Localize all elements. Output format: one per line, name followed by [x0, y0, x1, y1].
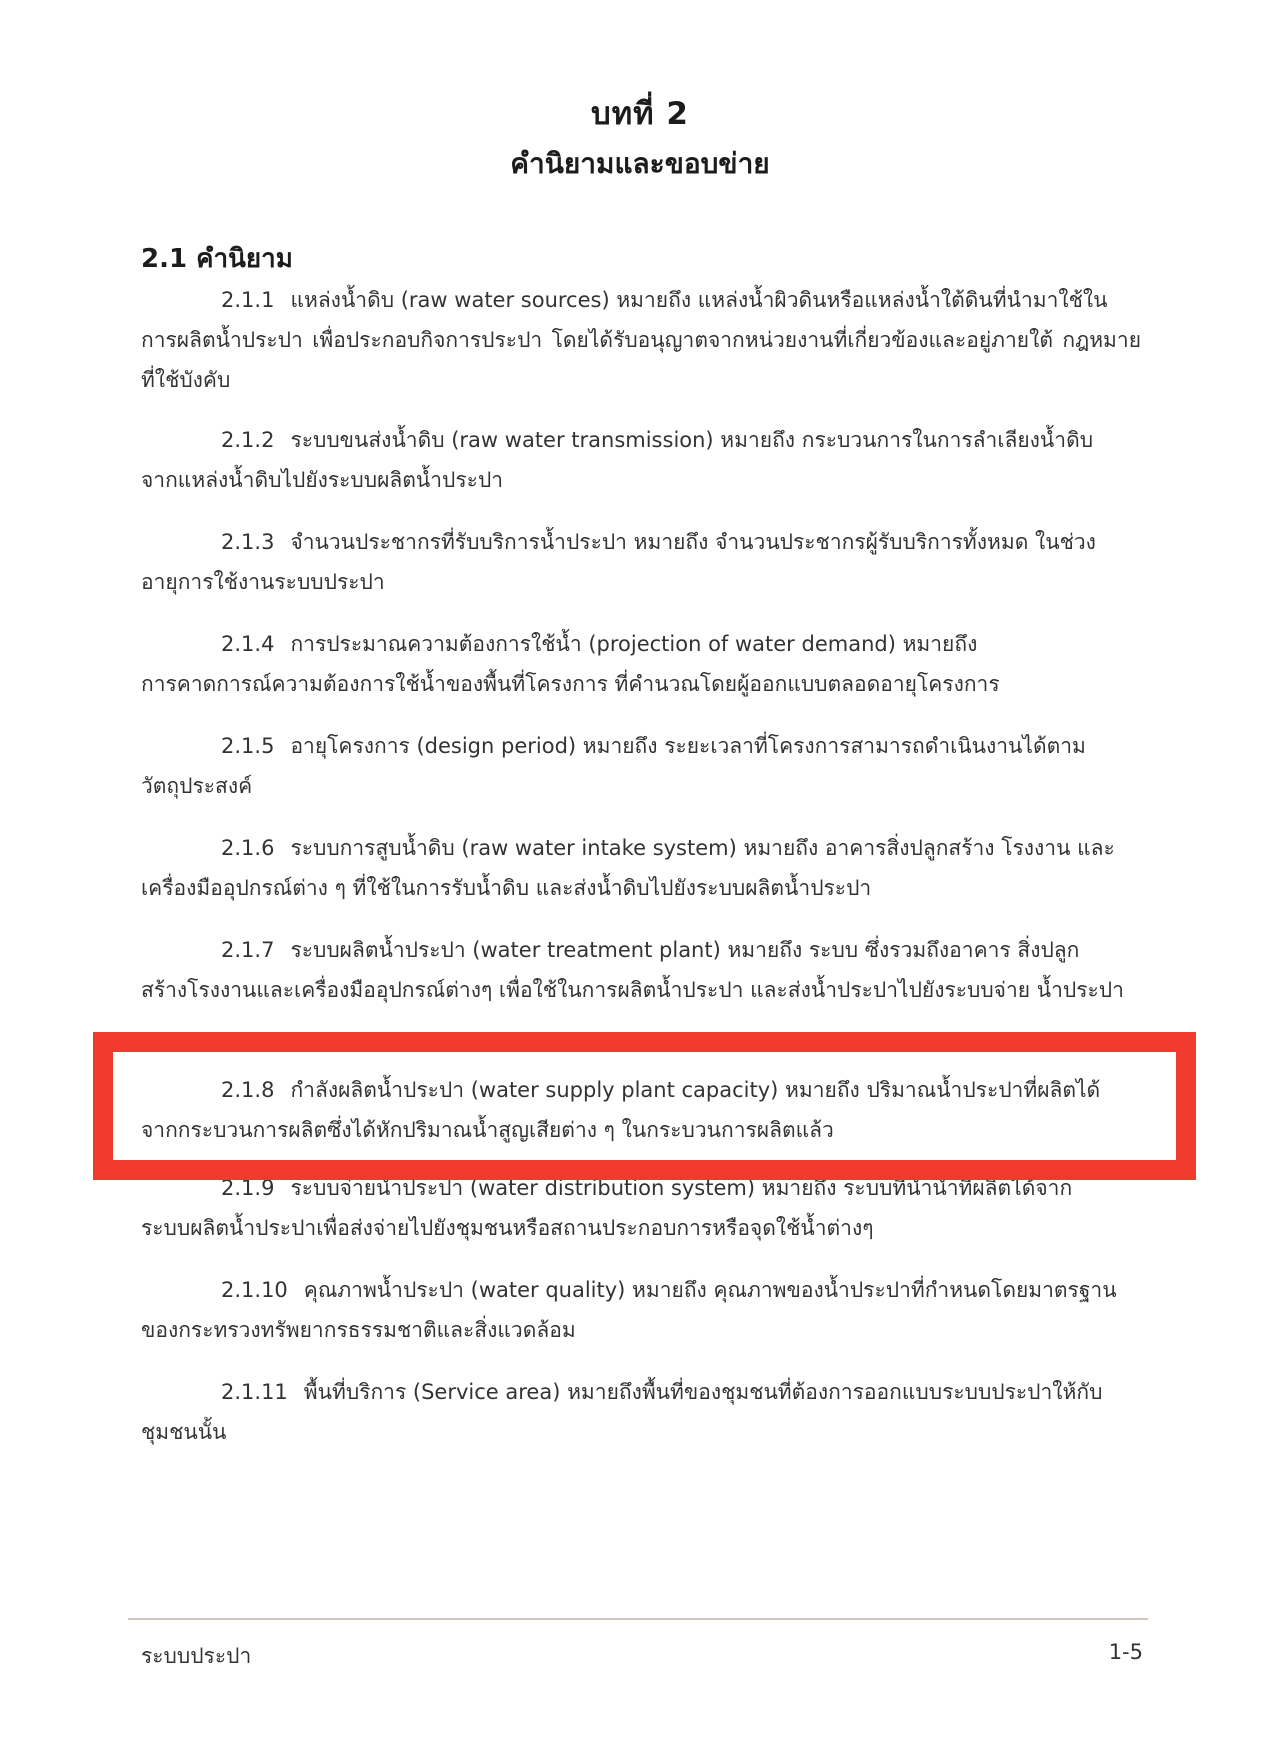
definition-text: การประมาณความต้องการใช้น้ำ (projection o…: [290, 632, 977, 656]
definition-continuation: การผลิตน้ำประปา เพื่อประกอบกิจการประปา โ…: [141, 320, 1141, 400]
footer-title: ระบบประปา: [141, 1640, 251, 1673]
definition-text: พื้นที่บริการ (Service area) หมายถึงพื้น…: [304, 1380, 1103, 1404]
definition-continuation: ของกระทรวงทรัพยากรธรรมชาติและสิ่งแวดล้อม: [141, 1310, 1141, 1350]
definition-text: ระบบการสูบน้ำดิบ (raw water intake syste…: [290, 836, 1114, 860]
definition-number: 2.1.5: [221, 734, 274, 758]
definition-2-1-6: 2.1.6ระบบการสูบน้ำดิบ (raw water intake …: [141, 828, 1141, 908]
definition-number: 2.1.4: [221, 632, 274, 656]
definition-first-line: 2.1.3จำนวนประชากรที่รับบริการน้ำประปา หม…: [141, 522, 1141, 562]
definition-number: 2.1.10: [221, 1278, 288, 1302]
definition-text: คุณภาพน้ำประปา (water quality) หมายถึง ค…: [304, 1278, 1117, 1302]
definition-number: 2.1.8: [221, 1078, 274, 1102]
definition-continuation: การคาดการณ์ความต้องการใช้น้ำของพื้นที่โค…: [141, 664, 1141, 704]
definition-first-line: 2.1.4การประมาณความต้องการใช้น้ำ (project…: [141, 624, 1141, 664]
highlight-box: 2.1.8กำลังผลิตน้ำประปา (water supply pla…: [93, 1032, 1196, 1180]
definition-first-line: 2.1.5อายุโครงการ (design period) หมายถึง…: [141, 726, 1141, 766]
definition-first-line: 2.1.8กำลังผลิตน้ำประปา (water supply pla…: [141, 1070, 1141, 1110]
definition-text: ระบบขนส่งน้ำดิบ (raw water transmission)…: [290, 428, 1093, 452]
definition-number: 2.1.7: [221, 938, 274, 962]
definition-number: 2.1.11: [221, 1380, 288, 1404]
definition-2-1-10: 2.1.10คุณภาพน้ำประปา (water quality) หมา…: [141, 1270, 1141, 1350]
definition-2-1-2: 2.1.2ระบบขนส่งน้ำดิบ (raw water transmis…: [141, 420, 1141, 500]
definition-first-line: 2.1.10คุณภาพน้ำประปา (water quality) หมา…: [141, 1270, 1141, 1310]
definition-first-line: 2.1.6ระบบการสูบน้ำดิบ (raw water intake …: [141, 828, 1141, 868]
definition-continuation: ชุมชนนั้น: [141, 1412, 1141, 1452]
definition-2-1-3: 2.1.3จำนวนประชากรที่รับบริการน้ำประปา หม…: [141, 522, 1141, 602]
definition-first-line: 2.1.2ระบบขนส่งน้ำดิบ (raw water transmis…: [141, 420, 1141, 460]
definition-2-1-7: 2.1.7ระบบผลิตน้ำประปา (water treatment p…: [141, 930, 1141, 1010]
section-heading: 2.1 คำนิยาม: [141, 238, 293, 279]
definition-continuation: สร้างโรงงานและเครื่องมืออุปกรณ์ต่างๆ เพื…: [141, 970, 1141, 1010]
definition-2-1-1: 2.1.1แหล่งน้ำดิบ (raw water sources) หมา…: [141, 280, 1141, 400]
definition-text: ระบบผลิตน้ำประปา (water treatment plant)…: [290, 938, 1079, 962]
definition-first-line: 2.1.1แหล่งน้ำดิบ (raw water sources) หมา…: [141, 280, 1141, 320]
definition-2-1-11: 2.1.11พื้นที่บริการ (Service area) หมายถ…: [141, 1372, 1141, 1452]
chapter-number: บทที่ 2: [0, 88, 1280, 138]
definition-number: 2.1.1: [221, 288, 274, 312]
definition-number: 2.1.3: [221, 530, 274, 554]
definition-2-1-8: 2.1.8กำลังผลิตน้ำประปา (water supply pla…: [141, 1070, 1141, 1150]
definition-continuation: จากกระบวนการผลิตซึ่งได้หักปริมาณน้ำสูญเส…: [141, 1110, 1141, 1150]
definition-number: 2.1.2: [221, 428, 274, 452]
definition-continuation: เครื่องมืออุปกรณ์ต่าง ๆ ที่ใช้ในการรับน้…: [141, 868, 1141, 908]
definition-continuation: ระบบผลิตน้ำประปาเพื่อส่งจ่ายไปยังชุมชนหร…: [141, 1208, 1141, 1248]
definition-text: แหล่งน้ำดิบ (raw water sources) หมายถึง …: [290, 288, 1107, 312]
definition-2-1-9: 2.1.9ระบบจ่ายน้ำประปา (water distributio…: [141, 1168, 1141, 1248]
definition-text: อายุโครงการ (design period) หมายถึง ระยะ…: [290, 734, 1085, 758]
definition-text: กำลังผลิตน้ำประปา (water supply plant ca…: [290, 1078, 1100, 1102]
footer-divider: [128, 1618, 1148, 1620]
definition-continuation: จากแหล่งน้ำดิบไปยังระบบผลิตน้ำประปา: [141, 460, 1141, 500]
chapter-title: คำนิยามและขอบข่าย: [0, 142, 1280, 186]
definition-first-line: 2.1.7ระบบผลิตน้ำประปา (water treatment p…: [141, 930, 1141, 970]
document-page: บทที่ 2 คำนิยามและขอบข่าย 2.1 คำนิยาม 2.…: [0, 0, 1280, 1747]
definition-2-1-5: 2.1.5อายุโครงการ (design period) หมายถึง…: [141, 726, 1141, 806]
definition-text: จำนวนประชากรที่รับบริการน้ำประปา หมายถึง…: [290, 530, 1095, 554]
definition-first-line: 2.1.11พื้นที่บริการ (Service area) หมายถ…: [141, 1372, 1141, 1412]
definition-2-1-4: 2.1.4การประมาณความต้องการใช้น้ำ (project…: [141, 624, 1141, 704]
definition-continuation: อายุการใช้งานระบบประปา: [141, 562, 1141, 602]
definition-number: 2.1.6: [221, 836, 274, 860]
page-number: 1-5: [1109, 1640, 1143, 1664]
definition-continuation: วัตถุประสงค์: [141, 766, 1141, 806]
